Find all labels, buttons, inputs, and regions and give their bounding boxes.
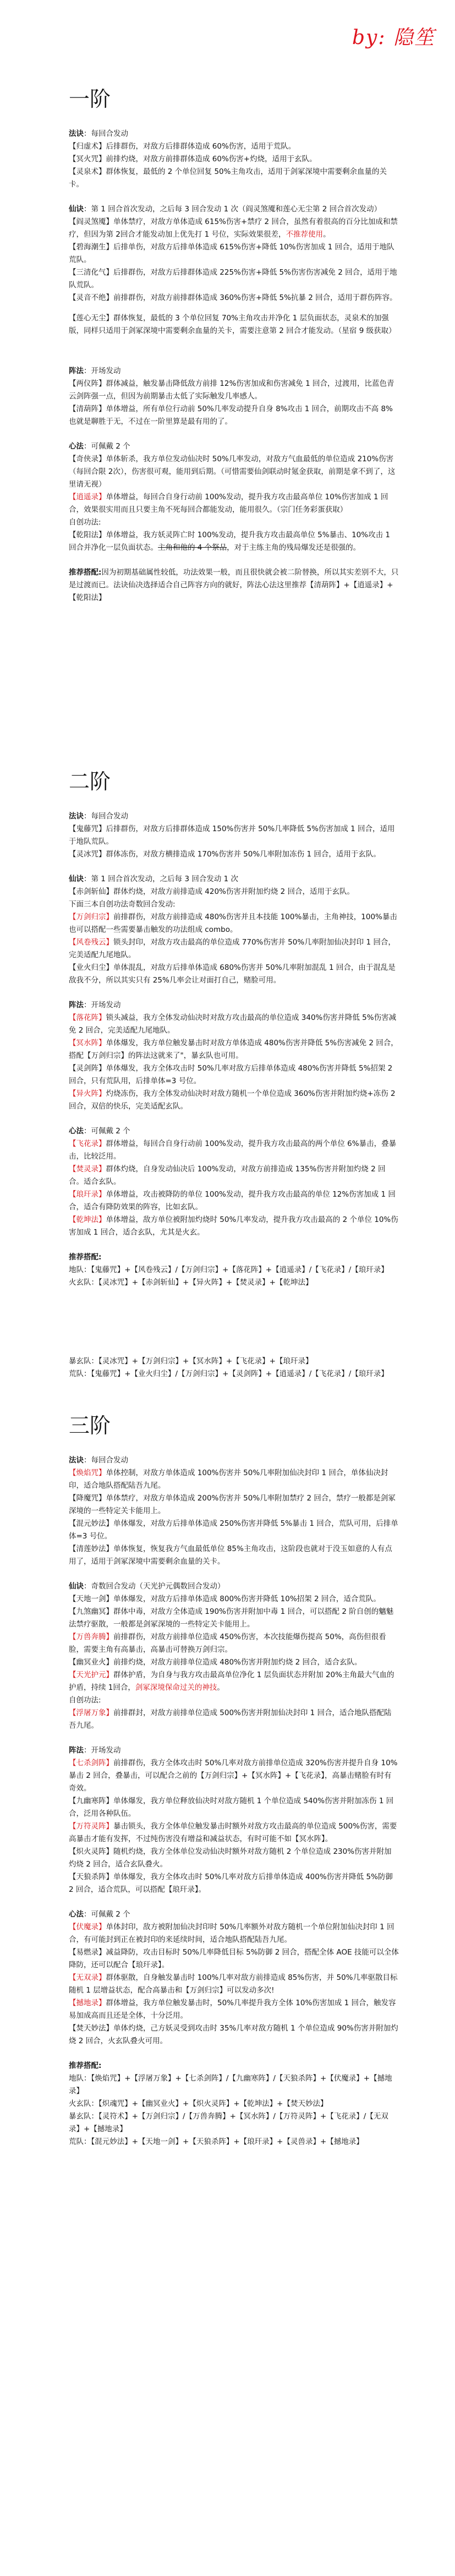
signature: by: 隐笙 (352, 22, 435, 50)
skill-name: 【万兽奔腾】 (69, 1633, 113, 1641)
skill-desc: 前排群伤，对敌方前排造成 480%伤害并且本技能 100%暴击，主角神技，100… (69, 913, 397, 934)
skill-entry: 【撼地录】群体增益，我方单位触发暴击时，50%几率提升我方全体 10%伤害加成 … (69, 1997, 399, 2022)
group-label: 推荐搭配: (69, 2061, 101, 2070)
combo-line: 荒队：【混元妙法】+【天地一剑】+【天狼杀阵】+【琅玕录】+【灵兽录】+【撼地录… (69, 2136, 399, 2148)
skill-entry: 【冥火咒】前排灼烧，对敌方前排群体造成 60%伤害+灼烧，适用于玄队。 (69, 153, 399, 166)
skill-desc: 单体爆发，我方全体攻击时 50%几率对敌方后排单体造成 400%伤害并降低 5%… (69, 1873, 393, 1894)
skill-desc: 单体增益，所有单位行动前 50%几率发动提升自身 8%攻击 1 回合，前期攻击不… (69, 405, 393, 426)
skill-entry: 【清葫阵】单体增益，所有单位行动前 50%几率发动提升自身 8%攻击 1 回合，… (69, 403, 399, 428)
group-note: ：开场发动 (84, 367, 121, 375)
skill-desc: 单体爆发，对敌方后排单体造成 800%伤害并降低 10%招架 2 回合，适合荒队… (113, 1595, 381, 1603)
skill-entry: 【九煞幽冥】群体中毒，对敌方全体造成 190%伤害并附加中毒 1 回合，可以搭配… (69, 1606, 399, 1631)
team-label: 暴玄队： (69, 2112, 98, 2121)
skill-name: 【清莲妙法】 (69, 1544, 113, 1553)
skill-entry: 【异火阵】灼烧冻伤，我方全体发动仙决时对敌方随机一个单位造成 360%伤害并附加… (69, 1088, 399, 1113)
skill-group: 阵法：开场发动【落花阵】锁头减益，我方全体发动仙决时对敌方攻击最高的单位造成 3… (69, 999, 399, 1113)
skill-desc: 减益降防，攻击目标时 50%几率降低目标 5%防御 2 回合，搭配全体 AOE … (69, 1948, 399, 1969)
skill-desc: 前排灼烧，对敌方前排群体造成 60%伤害+灼烧，适用于玄队。 (106, 155, 317, 163)
group-label: 心法 (69, 442, 84, 451)
group-label: 推荐搭配: (69, 1253, 101, 1262)
skill-entry: 【冥水阵】单体爆发，我方单位触发暴击时对敌方单体造成 480%伤害并降低 5%伤… (69, 1037, 399, 1062)
struck-text: 主角和他的 4 个祭品 (158, 543, 227, 552)
combo-line: 地队：【鬼藤咒】+【风卷残云】/【万剑归宗】+【落花阵】+【逍遥录】/【飞花录】… (69, 1264, 399, 1276)
skill-entry: 【三清化气】后排群伤，对敌方后排群体造成 225%伤害+降低 5%伤害伤害减免 … (69, 266, 399, 292)
team-label: 地队： (69, 1265, 91, 1274)
skill-name: 【碧海潮生】 (69, 243, 113, 252)
skill-name: 【落花阵】 (69, 1013, 106, 1022)
skill-name: 【灵冰咒】 (69, 850, 106, 859)
skill-name: 【天地一剑】 (69, 1595, 113, 1603)
group-heading: 仙诀：奇数回合发动（天光护元偶数回合发动） (69, 1580, 399, 1593)
skill-name: 【易燃录】 (69, 1948, 106, 1957)
skill-group: 心法：可佩戴 2 个【奇侠录】单体斩杀，我方单位发动仙决时 50%几率发动，对敌… (69, 440, 399, 554)
group-heading: 法诀：每回合发动 (69, 1454, 399, 1467)
group-heading: 推荐搭配: (69, 2060, 399, 2072)
combo-text: 【鬼藤咒】+【风卷残云】/【万剑归宗】+【落花阵】+【逍遥录】/【飞花录】/【琅… (91, 1265, 388, 1274)
group-label: 阵法 (69, 367, 84, 375)
skill-entry: 【奇侠录】单体斩杀，我方单位发动仙决时 50%几率发动，对敌方气血最低的单位造成… (69, 453, 399, 491)
skill-name: 【万符灵阵】 (69, 1822, 113, 1831)
team-label: 荒队： (69, 2137, 91, 2146)
combo-text: 【灵冰咒】+【万剑归宗】+【冥水阵】+【飞花录】+【琅玕录】 (98, 1357, 313, 1366)
skill-desc: 群体增益，我方单位触发暴击时，50%几率提升我方全体 10%伤害加成 1 回合，… (69, 1999, 396, 2020)
group-heading: 仙诀：第 1 回合首次发动，之后每 3 回合发动 1 次 (69, 873, 399, 886)
group-heading: 心法：可佩戴 2 个 (69, 1125, 399, 1138)
skill-name: 【鬼藤咒】 (69, 825, 106, 833)
skill-group: 心法：可佩戴 2 个【伏魔录】单体封印，敌方被附加仙决封印时 50%几率额外对敌… (69, 1908, 399, 2048)
skill-group: 阵法：开场发动【两仪阵】群体减益，触发暴击降低敌方前排 12%伤害加成和伤害减免… (69, 365, 399, 428)
group-heading: 心法：可佩戴 2 个 (69, 1908, 399, 1921)
group-label: 仙诀 (69, 875, 84, 883)
team-label: 火玄队： (69, 1278, 98, 1287)
skill-tail: 。 (323, 230, 331, 239)
skill-name: 【清葫阵】 (69, 405, 106, 413)
skill-name: 【赤剑斩仙】 (69, 887, 113, 896)
group-note: ：每回合发动 (84, 1456, 128, 1465)
tier-title: 一阶 (69, 88, 399, 111)
skill-desc: 单体增益，攻击被降防的单位 100%发动，提升我方攻击最高的单位 12%伤害加成… (69, 1190, 396, 1211)
skill-name: 【冥水阵】 (69, 1039, 106, 1047)
tier-section: 三阶法诀：每回合发动【焕焰咒】单体控制，对敌方单体造成 100%伤害并 50%几… (69, 1415, 399, 2160)
skill-name: 【九幽寒阵】 (69, 1797, 113, 1805)
group-heading: 阵法：开场发动 (69, 365, 399, 378)
group-note: ：第 1 回合首次发动，之后每 3 回合发动 1 次（阎灵煞魇和莲心无尘第 2 … (84, 205, 381, 214)
skill-desc: 前排群伤，我方全体攻击时 50%几率对敌方前排单位造成 320%伤害并提升自身 … (69, 1759, 397, 1793)
skill-name: 【九煞幽冥】 (69, 1607, 113, 1616)
skill-entry: 【碧海潮生】后排单伤，对敌方后排单体造成 615%伤害+降低 10%伤害加成 1… (69, 241, 399, 266)
group-note: ：每回合发动 (84, 812, 128, 821)
group-label: 心法 (69, 1127, 84, 1136)
skill-desc: 单体禁疗，对敌方单体造成 200%伤害并 50%几率附加禁疗 2 回合，禁疗一般… (69, 1494, 396, 1515)
skill-desc: 单体封印，敌方被附加仙决封印时 50%几率额外对敌方随机一个单位附加仙决封印 1… (69, 1923, 394, 1944)
skill-desc: 后排群伤，对敌方后排群体造成 60%伤害，适用于荒队。 (106, 142, 296, 151)
group-label: 心法 (69, 1910, 84, 1919)
group-note: ：开场发动 (84, 1746, 121, 1755)
skill-entry: 【伏魔录】单体封印，敌方被附加仙决封印时 50%几率额外对敌方随机一个单位附加仙… (69, 1921, 399, 1946)
skill-name: 【混元妙法】 (69, 1519, 113, 1528)
skill-entry: 【莲心无尘】群体恢复，最低的 3 个单位回复 70%主角攻击并净化 1 层负面状… (69, 312, 399, 337)
skill-entry: 【焚灵录】群体灼烧，自身发动仙决后 100%发动，对敌方前排造成 135%伤害并… (69, 1163, 399, 1188)
skill-entry: 【飞花录】群体增益，每回合自身行动前 100%发动，提升我方攻击最高的两个单位 … (69, 1138, 399, 1163)
skill-desc: 暴击锁头，我方全体单位触发暴击时额外对敌方攻击最高的单位造成 500%伤害，需要… (69, 1822, 397, 1843)
skill-group: 心法：可佩戴 2 个【飞花录】群体增益，每回合自身行动前 100%发动，提升我方… (69, 1125, 399, 1239)
group-label: 法诀 (69, 812, 84, 821)
skill-name: 【乾阳法】 (69, 531, 106, 539)
skill-desc: 群体灼烧，自身发动仙决后 100%发动，对敌方前排造成 135%伤害并附加灼烧 … (69, 1165, 385, 1186)
skill-name: 【天狼杀阵】 (69, 1873, 113, 1881)
skill-entry: 【鬼藤咒】后排群伤，对敌方后排群体造成 150%伤害并 50%几率降低 5%伤害… (69, 823, 399, 848)
skill-entry: 【降魔咒】单体禁疗，对敌方单体造成 200%伤害并 50%几率附加禁疗 2 回合… (69, 1492, 399, 1518)
skill-desc: 前排灼烧，对敌方前排单位造成 480%伤害并附加灼烧 2 回合，适合玄队。 (113, 1658, 362, 1667)
group-heading: 推荐搭配: (69, 1251, 399, 1264)
combo-text: 【焕焰咒】+【浮屠万象】+【七杀剑阵】/【九幽寒阵】/【天狼杀阵】+【伏魔录】+… (69, 2074, 392, 2095)
skill-entry: 【焚天妙法】单体灼烧，己方妖灵受到攻击时 35%几率对敌方随机 1 个单位造成 … (69, 2022, 399, 2048)
skill-name: 【三清化气】 (69, 268, 113, 277)
skill-desc: 群体恢复，最低的 2 个单位回复 50%主角攻击，适用于剑冢深境中需要剩余血量的… (69, 167, 387, 189)
skill-group: 仙诀：第 1 回合首次发动，之后每 3 回合发动 1 次【赤剑斩仙】群体灼烧，对… (69, 873, 399, 987)
skill-desc: 群体恢复，最低的 3 个单位回复 70%主角攻击并净化 1 层负面状态，灵泉术的… (69, 314, 396, 335)
skill-desc: 后排单伤，对敌方后排单体造成 615%伤害+降低 10%伤害加成 1 回合，适用… (69, 243, 394, 264)
skill-entry: 下面三本自创功法奇数回合发动: (69, 898, 399, 911)
skill-entry: 【炽火灵阵】随机灼烧，我方全体单位发动仙决时额外对敌方随机 2 个单位造成 23… (69, 1846, 399, 1871)
subheading: 自创功法: (69, 518, 101, 527)
tier-section: 一阶法诀：每回合发动【归虚术】后排群伤，对敌方后排群体造成 60%伤害，适用于荒… (69, 88, 399, 616)
skill-name: 【灵泉术】 (69, 167, 106, 176)
group-note: ：可佩戴 2 个 (84, 1910, 130, 1919)
skill-tail: 。 (217, 1683, 224, 1692)
group-label: 阵法 (69, 1001, 84, 1009)
skill-entry: 【赤剑斩仙】群体灼烧，对敌方前排造成 420%伤害并附加灼烧 2 回合，适用于玄… (69, 886, 399, 898)
skill-entry: 【幽冥业火】前排灼烧，对敌方前排单位造成 480%伤害并附加灼烧 2 回合，适合… (69, 1656, 399, 1669)
skill-name: 【琅玕录】 (69, 1190, 106, 1199)
group-heading: 阵法：开场发动 (69, 999, 399, 1012)
skill-desc: 单体灼烧，己方妖灵受到攻击时 35%几率对敌方随机 1 个单位造成 90%伤害并… (69, 2024, 398, 2045)
group-label: 仙诀 (69, 205, 84, 214)
skill-entry: 【浮屠万象】前排群封，对敌方前排单位造成 500%伤害并附加仙决封印 1 回合，… (69, 1707, 399, 1732)
highlight-text: 不推荐使用 (286, 230, 324, 239)
skill-desc: 前排群伤，对敌方前排单位造成 450%伤害，本次技能爆伤提高 50%，高伤但很看… (69, 1633, 386, 1654)
skill-name: 【焚灵录】 (69, 1165, 106, 1174)
skill-group: 仙诀：奇数回合发动（天光护元偶数回合发动）【天地一剑】单体爆发，对敌方后排单体造… (69, 1580, 399, 1732)
skill-name: 【归虚术】 (69, 142, 106, 151)
subheading: 自创功法: (69, 1696, 101, 1705)
group-note: ：每回合发动 (84, 129, 128, 138)
combo-text: 【灵符术】+【万剑归宗】/【万兽奔腾】+【冥水阵】/【万符灵阵】+【飞花录】/【… (69, 2112, 388, 2133)
skill-desc: 群体护盾，为自身与我方攻击最高单位净化 1 层负面状态并附加 20%主角最大气血… (69, 1671, 394, 1692)
skill-desc: 单体爆发，我方单位释放仙决时对敌方随机 1 个单位造成 540%伤害并附加冻伤 … (69, 1797, 393, 1818)
skill-desc: 锁头减益，我方全体发动仙决时对敌方攻击最高的单位造成 340%伤害并降低 5%伤… (69, 1013, 396, 1035)
skill-entry: 【归虚术】后排群伤，对敌方后排群体造成 60%伤害，适用于荒队。 (69, 140, 399, 153)
group-note: ：可佩戴 2 个 (84, 1127, 130, 1136)
skill-name: 【灵音不绝】 (69, 293, 113, 302)
skill-name: 【炽火灵阵】 (69, 1847, 113, 1856)
skill-group: 法诀：每回合发动【归虚术】后排群伤，对敌方后排群体造成 60%伤害，适用于荒队。… (69, 128, 399, 191)
skill-entry: 【天狼杀阵】单体爆发，我方全体攻击时 50%几率对敌方后排单体造成 400%伤害… (69, 1871, 399, 1896)
combo-text: 【混元妙法】+【天地一剑】+【天狼杀阵】+【琅玕录】+【灵兽录】+【撼地录】 (91, 2137, 364, 2146)
skill-desc: 单体爆发，我方全体攻击时 50%几率对敌方后排单体造成 480%伤害并降低 5%… (69, 1064, 392, 1085)
group-note: ：第 1 回合首次发动，之后每 3 回合发动 1 次 (84, 875, 238, 883)
skill-entry: 【清莲妙法】单体恢复，恢复我方气血最低单位 85%主角攻击，这阶段也就对于没玉如… (69, 1543, 399, 1568)
group-heading: 法诀：每回合发动 (69, 128, 399, 140)
skill-entry: 【阎灵煞魇】单体禁疗，对敌方单体造成 615%伤害+禁疗 2 回合，虽然有着很高… (69, 216, 399, 241)
skill-entry: 【落花阵】锁头减益，我方全体发动仙决时对敌方攻击最高的单位造成 340%伤害并降… (69, 1012, 399, 1037)
skill-desc: 单体斩杀，我方单位发动仙决时 50%几率发动，对敌方气血最低的单位造成 210%… (69, 455, 395, 489)
group-heading: 阵法：开场发动 (69, 1744, 399, 1757)
skill-name: 【冥火咒】 (69, 155, 106, 163)
skill-name: 【阎灵煞魇】 (69, 217, 113, 226)
skill-name: 【天光护元】 (69, 1671, 113, 1679)
subheading: 下面三本自创功法奇数回合发动: (69, 900, 176, 909)
skill-desc: 群体驱散，自身触发暴击时 100%几率对敌方前排造成 85%伤害，并 50%几率… (69, 1973, 397, 1995)
skill-name: 【焚天妙法】 (69, 2024, 113, 2033)
skill-group: 法诀：每回合发动【鬼藤咒】后排群伤，对敌方后排群体造成 150%伤害并 50%几… (69, 810, 399, 861)
skill-desc: 群体灼烧，对敌方前排造成 420%伤害并附加灼烧 2 回合，适用于玄队。 (113, 887, 354, 896)
skill-entry: 【乾阳法】单体增益，我方妖灵阵亡时 100%发动，提升我方攻击最高单位 5%暴击… (69, 529, 399, 554)
skill-name: 【降魔咒】 (69, 1494, 106, 1503)
skill-entry: 【混元妙法】单体爆发，对敌方后排单体造成 250%伤害并降低 5%暴击 1 回合… (69, 1518, 399, 1543)
combo-line: 暴玄队：【灵符术】+【万剑归宗】/【万兽奔腾】+【冥水阵】/【万符灵阵】+【飞花… (69, 2110, 399, 2136)
skill-tail: ，对于主练主角的残局爆发还是很强的。 (227, 543, 360, 552)
skill-entry: 【万符灵阵】暴击锁头，我方全体单位触发暴击时额外对敌方攻击最高的单位造成 500… (69, 1820, 399, 1846)
group-note: ：可佩戴 2 个 (84, 442, 130, 451)
combo-text: 【鬼藤咒】+【业火归尘】/【万剑归宗】+【灵剑阵】+【逍遥录】/【飞花录】/【琅… (91, 1369, 388, 1378)
skill-desc: 单体增益，敌方单位被附加灼烧时 50%几率发动，提升我方攻击最高的 2 个单位 … (69, 1215, 398, 1237)
skill-desc: 群体减益，触发暴击降低敌方前排 12%伤害加成和伤害减免 1 回合，过渡用，比蓝… (69, 379, 394, 401)
skill-desc: 单体混乱，对敌方后排单体造成 680%伤害并 50%几率附加混乱 1 回合，由于… (69, 963, 396, 985)
skill-name: 【两仪阵】 (69, 379, 106, 388)
tier-section: 二阶法诀：每回合发动【鬼藤咒】后排群伤，对敌方后排群体造成 150%伤害并 50… (69, 771, 399, 1393)
skill-entry: 【九幽寒阵】单体爆发，我方单位释放仙决时对敌方随机 1 个单位造成 540%伤害… (69, 1795, 399, 1820)
group-label: 阵法 (69, 1746, 84, 1755)
skill-entry: 【七杀剑阵】前排群伤，我方全体攻击时 50%几率对敌方前排单位造成 320%伤害… (69, 1757, 399, 1795)
skill-name: 【奇侠录】 (69, 455, 106, 463)
team-label: 火玄队： (69, 2099, 98, 2108)
group-label: 推荐搭配: (69, 568, 101, 577)
skill-group: 仙诀：第 1 回合首次发动，之后每 3 回合发动 1 次（阎灵煞魇和莲心无尘第 … (69, 203, 399, 337)
skill-name: 【七杀剑阵】 (69, 1759, 113, 1767)
combo-text: 【灵冰咒】+【赤剑斩仙】+【异火阵】+【焚灵录】+【乾坤法】 (98, 1278, 313, 1287)
skill-name: 【万剑归宗】 (69, 913, 113, 921)
skill-group: 推荐搭配:地队：【鬼藤咒】+【风卷残云】/【万剑归宗】+【落花阵】+【逍遥录】/… (69, 1251, 399, 1380)
skill-entry: 自创功法: (69, 516, 399, 529)
skill-name: 【业火归尘】 (69, 963, 113, 972)
skill-name: 【乾坤法】 (69, 1215, 106, 1224)
team-label: 暴玄队： (69, 1357, 98, 1366)
skill-entry: 【天光护元】群体护盾，为自身与我方攻击最高单位净化 1 层负面状态并附加 20%… (69, 1669, 399, 1694)
skill-entry: 【焕焰咒】单体控制，对敌方单体造成 100%伤害并 50%几率附加仙决封印 1 … (69, 1467, 399, 1492)
skill-entry: 【琅玕录】单体增益，攻击被降防的单位 100%发动，提升我方攻击最高的单位 12… (69, 1188, 399, 1214)
skill-desc: 单体禁疗，对敌方单体造成 615%伤害+禁疗 2 回合，虽然有着很高的百分比加成… (69, 217, 398, 239)
skill-group: 推荐搭配:地队：【焕焰咒】+【浮屠万象】+【七杀剑阵】/【九幽寒阵】/【天狼杀阵… (69, 2060, 399, 2148)
group-heading: 法诀：每回合发动 (69, 810, 399, 823)
combo-line: 火玄队：【灵冰咒】+【赤剑斩仙】+【异火阵】+【焚灵录】+【乾坤法】 (69, 1276, 399, 1289)
skill-desc: 单体恢复，恢复我方气血最低单位 85%主角攻击，这阶段也就对于没玉如意的人有点用… (69, 1544, 392, 1566)
skill-entry: 【万兽奔腾】前排群伤，对敌方前排单位造成 450%伤害，本次技能爆伤提高 50%… (69, 1631, 399, 1656)
team-label: 荒队： (69, 1369, 91, 1378)
skill-desc: 单体爆发，对敌方后排单体造成 250%伤害并降低 5%暴击 1 回合，荒队可用，… (69, 1519, 398, 1541)
skill-desc: 后排群伤，对敌方后排群体造成 225%伤害+降低 5%伤害伤害减免 2 回合，适… (69, 268, 397, 290)
skill-desc: 群体增益，每回合自身行动前 100%发动，提升我方攻击最高的两个单位 6%暴击，… (69, 1139, 396, 1161)
skill-desc: 群体中毒，对敌方全体造成 190%伤害并附加中毒 1 回合，可以搭配 2 阶自创… (69, 1607, 393, 1629)
highlight-text: 剑冢深境保命过关的神技 (135, 1683, 217, 1692)
skill-desc: 随机灼烧，我方全体单位发动仙决时额外对敌方随机 2 个单位造成 230%伤害并附… (69, 1847, 392, 1869)
tier-title: 三阶 (69, 1415, 399, 1438)
skill-entry: 【易燃录】减益降防，攻击目标时 50%几率降低目标 5%防御 2 回合，搭配全体… (69, 1946, 399, 1972)
skill-group: 推荐搭配:因为初期基础属性较低，功法效果一般，而且很快就会被二阶替换，所以其实差… (69, 566, 399, 604)
group-note: ：奇数回合发动（天光护元偶数回合发动） (84, 1582, 225, 1591)
skill-entry: 【万剑归宗】前排群伤，对敌方前排造成 480%伤害并且本技能 100%暴击，主角… (69, 911, 399, 936)
skill-name: 【莲心无尘】 (69, 314, 113, 323)
combo-line: 暴玄队：【灵冰咒】+【万剑归宗】+【冥水阵】+【飞花录】+【琅玕录】 (69, 1355, 399, 1368)
skill-desc: 单体爆发，我方单位触发暴击时对敌方单体造成 480%伤害并降低 5%伤害减免 2… (69, 1039, 398, 1060)
group-heading: 推荐搭配:因为初期基础属性较低，功法效果一般，而且很快就会被二阶替换，所以其实差… (69, 566, 399, 604)
group-label: 法诀 (69, 1456, 84, 1465)
skill-desc: 前排群伤，对敌方前排群体造成 360%伤害+降低 5%抗暴 2 回合，适用于群伤… (113, 293, 397, 302)
skill-entry: 【灵泉术】群体恢复，最低的 2 个单位回复 50%主角攻击，适用于剑冢深境中需要… (69, 166, 399, 191)
skill-desc: 锁头封印，对敌方攻击最高的单位造成 770%伤害并 50%几率附加仙决封印 1 … (69, 938, 396, 959)
group-label: 仙诀 (69, 1582, 84, 1591)
skill-name: 【异火阵】 (69, 1089, 106, 1098)
skill-entry: 【天地一剑】单体爆发，对敌方后排单体造成 800%伤害并降低 10%招架 2 回… (69, 1593, 399, 1606)
skill-group: 阵法：开场发动【七杀剑阵】前排群伤，我方全体攻击时 50%几率对敌方前排单位造成… (69, 1744, 399, 1896)
combo-line: 地队：【焕焰咒】+【浮屠万象】+【七杀剑阵】/【九幽寒阵】/【天狼杀阵】+【伏魔… (69, 2072, 399, 2098)
skill-desc: 后排群伤，对敌方后排群体造成 150%伤害并 50%几率降低 5%伤害加成 1 … (69, 825, 395, 846)
skill-entry: 【灵冰咒】群体冻伤，对敌方横排造成 170%伤害并 50%几率附加冻伤 1 回合… (69, 848, 399, 861)
skill-entry: 【无双录】群体驱散，自身触发暴击时 100%几率对敌方前排造成 85%伤害，并 … (69, 1972, 399, 1997)
skill-name: 【风卷残云】 (69, 938, 113, 947)
skill-name: 【撼地录】 (69, 1999, 106, 2007)
skill-name: 【无双录】 (69, 1973, 106, 1982)
skill-entry: 【灵剑阵】单体爆发，我方全体攻击时 50%几率对敌方后排单体造成 480%伤害并… (69, 1062, 399, 1088)
combo-text: 【炽魂咒】+【幽冥业火】+【炽火灵阵】+【乾坤法】+【焚天妙法】 (98, 2099, 328, 2108)
skill-desc: 前排群封，对敌方前排单位造成 500%伤害并附加仙决封印 1 回合，适合地队搭配… (69, 1709, 392, 1730)
group-label: 法诀 (69, 129, 84, 138)
group-heading: 仙诀：第 1 回合首次发动，之后每 3 回合发动 1 次（阎灵煞魇和莲心无尘第 … (69, 203, 399, 216)
group-heading: 心法：可佩戴 2 个 (69, 440, 399, 453)
skill-name: 【浮屠万象】 (69, 1709, 113, 1717)
skill-entry: 【两仪阵】群体减益，触发暴击降低敌方前排 12%伤害加成和伤害减免 1 回合，过… (69, 378, 399, 403)
skill-entry: 【乾坤法】单体增益，敌方单位被附加灼烧时 50%几率发动，提升我方攻击最高的 2… (69, 1214, 399, 1239)
skill-entry: 【灵音不绝】前排群伤，对敌方前排群体造成 360%伤害+降低 5%抗暴 2 回合… (69, 292, 399, 304)
skill-name: 【伏魔录】 (69, 1923, 106, 1931)
skill-name: 【逍遥录】 (69, 493, 106, 501)
skill-entry: 【风卷残云】锁头封印，对敌方攻击最高的单位造成 770%伤害并 50%几率附加仙… (69, 936, 399, 962)
team-label: 地队： (69, 2074, 91, 2083)
skill-desc: 群体冻伤，对敌方横排造成 170%伤害并 50%几率附加冻伤 1 回合，适用于玄… (106, 850, 381, 859)
skill-name: 【飞花录】 (69, 1139, 106, 1148)
skill-group: 法诀：每回合发动【焕焰咒】单体控制，对敌方单体造成 100%伤害并 50%几率附… (69, 1454, 399, 1568)
skill-desc: 灼烧冻伤，我方全体发动仙决时对敌方随机一个单位造成 360%伤害并附加灼烧+冻伤… (69, 1089, 396, 1111)
skill-entry: 【逍遥录】单体增益，每回合自身行动前 100%发动，提升我方攻击最高单位 10%… (69, 491, 399, 516)
skill-entry: 自创功法: (69, 1694, 399, 1707)
skill-desc: 单体增益，每回合自身行动前 100%发动，提升我方攻击最高单位 10%伤害加成 … (69, 493, 388, 514)
group-note: 因为初期基础属性较低，功法效果一般，而且很快就会被二阶替换，所以其实差别不大，只… (69, 568, 398, 602)
skill-name: 【焕焰咒】 (69, 1469, 106, 1477)
skill-entry: 【业火归尘】单体混乱，对敌方后排单体造成 680%伤害并 50%几率附加混乱 1… (69, 962, 399, 987)
skill-name: 【灵剑阵】 (69, 1064, 106, 1073)
skill-name: 【幽冥业火】 (69, 1658, 113, 1667)
tier-title: 二阶 (69, 771, 399, 794)
combo-line: 火玄队：【炽魂咒】+【幽冥业火】+【炽火灵阵】+【乾坤法】+【焚天妙法】 (69, 2098, 399, 2110)
group-note: ：开场发动 (84, 1001, 121, 1009)
combo-line: 荒队：【鬼藤咒】+【业火归尘】/【万剑归宗】+【灵剑阵】+【逍遥录】/【飞花录】… (69, 1368, 399, 1380)
skill-desc: 单体控制，对敌方单体造成 100%伤害并 50%几率附加仙决封印 1 回合，单体… (69, 1469, 388, 1490)
